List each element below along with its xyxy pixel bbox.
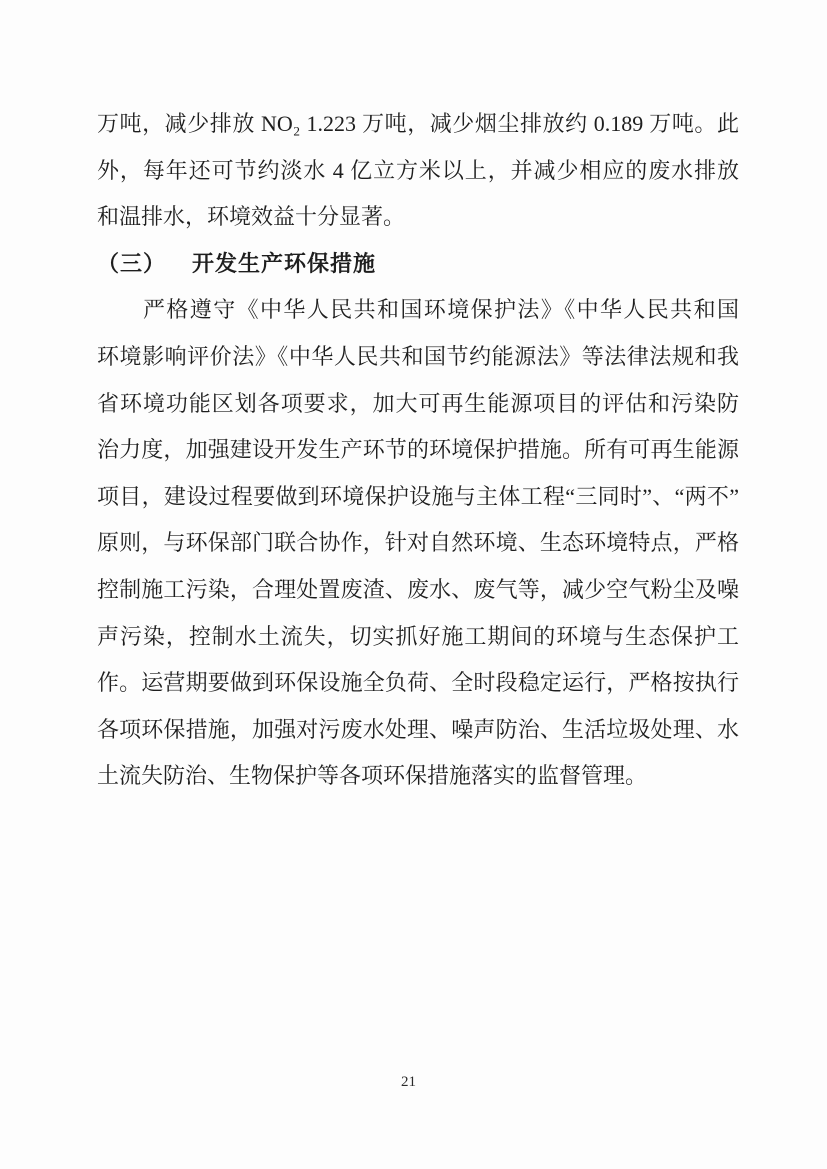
- section-heading: （三）开发生产环保措施: [97, 241, 739, 288]
- text-line: 万吨，减少排放 NO₂ 1.223 万吨，减少烟尘排放约 0.189 万吨。此: [97, 101, 739, 148]
- text-line: 控制施工污染，合理处置废渣、废水、废气等，减少空气粉尘及噪: [97, 567, 739, 614]
- text-line: 和温排水，环境效益十分显著。: [97, 194, 739, 241]
- text-line: 声污染，控制水土流失，切实抓好施工期间的环境与生态保护工: [97, 614, 739, 661]
- text-line: 土流失防治、生物保护等各项环保措施落实的监督管理。: [97, 753, 739, 800]
- text-line: 省环境功能区划各项要求，加大可再生能源项目的评估和污染防: [97, 381, 739, 428]
- text-line: 作。运营期要做到环保设施全负荷、全时段稳定运行，严格按执行: [97, 660, 739, 707]
- text-line: 项目，建设过程要做到环境保护设施与主体工程“三同时”、“两不”: [97, 474, 739, 521]
- section-title: 开发生产环保措施: [192, 251, 376, 276]
- page-number: 21: [0, 1074, 817, 1091]
- text-line: 各项环保措施，加强对污废水处理、噪声防治、生活垃圾处理、水: [97, 707, 739, 754]
- text-line: 治力度，加强建设开发生产环节的环境保护措施。所有可再生能源: [97, 427, 739, 474]
- text-line: 环境影响评价法》《中华人民共和国节约能源法》等法律法规和我: [97, 334, 739, 381]
- text-line: 外，每年还可节约淡水 4 亿立方米以上，并减少相应的废水排放: [97, 148, 739, 195]
- document-page: 万吨，减少排放 NO₂ 1.223 万吨，减少烟尘排放约 0.189 万吨。此 …: [0, 0, 827, 1169]
- section-number: （三）: [97, 251, 166, 276]
- text-line: 原则，与环保部门联合协作，针对自然环境、生态环境特点，严格: [97, 520, 739, 567]
- text-body: 万吨，减少排放 NO₂ 1.223 万吨，减少烟尘排放约 0.189 万吨。此 …: [97, 101, 739, 800]
- text-line: 严格遵守《中华人民共和国环境保护法》《中华人民共和国: [97, 287, 739, 334]
